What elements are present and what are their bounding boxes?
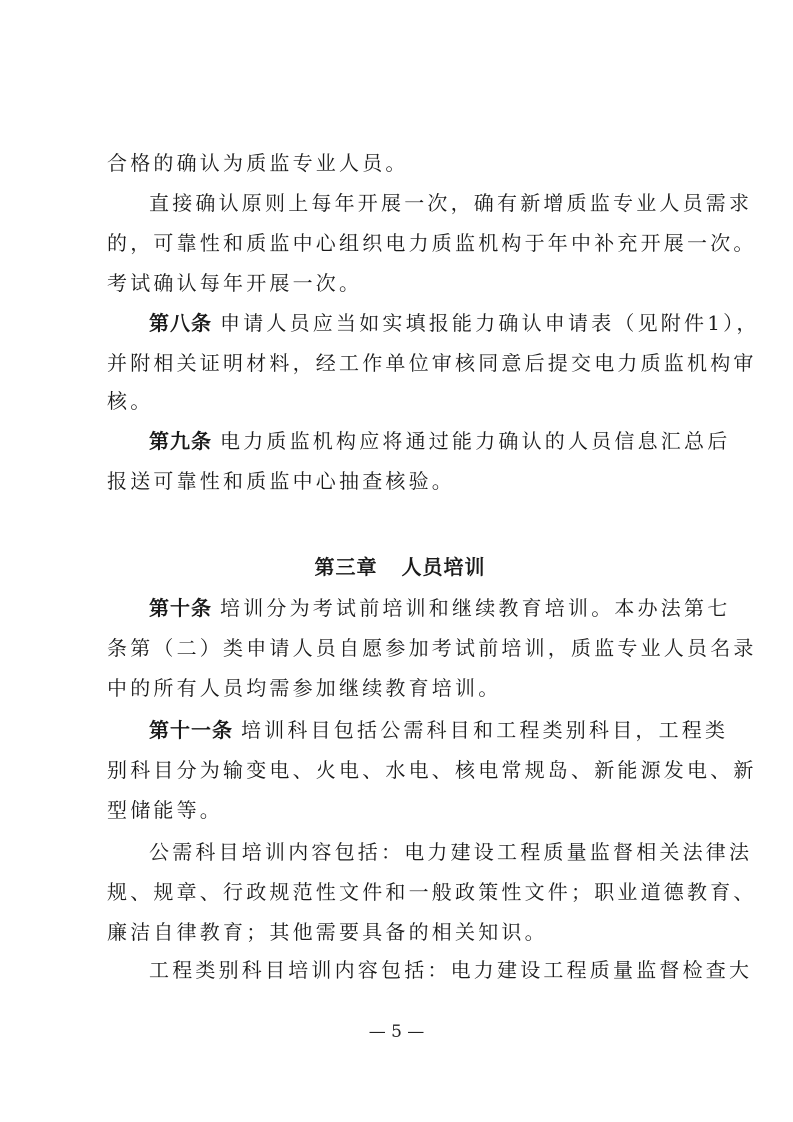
chapter-heading: 第三章人员培训: [107, 555, 693, 579]
text-line: 合格的确认为质监专业人员。: [107, 151, 693, 175]
text-line: 型储能等。: [107, 798, 693, 822]
text-line: 中的所有人员均需参加继续教育培训。: [107, 676, 693, 700]
text-line: 规、规章、行政规范性文件和一般政策性文件；职业道德教育、: [107, 880, 693, 904]
chapter-number: 第三章: [315, 555, 378, 579]
article-10-line: 第十条培训分为考试前培训和继续教育培训。本办法第七: [107, 596, 735, 620]
article-11-text: 培训科目包括公需科目和工程类别科目，工程类: [241, 718, 728, 742]
article-11-line: 第十一条培训科目包括公需科目和工程类别科目，工程类: [107, 718, 735, 742]
article-9-text: 电力质监机构应将通过能力确认的人员信息汇总后: [220, 429, 730, 453]
text-line: 公需科目培训内容包括：电力建设工程质量监督相关法律法: [107, 840, 735, 864]
text-line: 直接确认原则上每年开展一次，确有新增质监专业人员需求: [107, 191, 735, 215]
text-line: 考试确认每年开展一次。: [107, 271, 693, 295]
text-line: 廉洁自律教育；其他需要具备的相关知识。: [107, 920, 693, 944]
article-9-label: 第九条: [149, 429, 212, 453]
article-10-text: 培训分为考试前培训和继续教育培训。本办法第七: [220, 596, 730, 620]
article-8-line: 第八条申请人员应当如实填报能力确认申请表（见附件1），: [107, 311, 735, 335]
text-line: 别科目分为输变电、火电、水电、核电常规岛、新能源发电、新: [107, 758, 693, 782]
text-line: 的，可靠性和质监中心组织电力质监机构于年中补充开展一次。: [107, 231, 693, 255]
text-line: 工程类别科目培训内容包括：电力建设工程质量监督检查大: [107, 958, 735, 982]
chapter-title: 人员培训: [402, 555, 486, 579]
article-8-label: 第八条: [149, 311, 212, 335]
article-9-line: 第九条电力质监机构应将通过能力确认的人员信息汇总后: [107, 429, 735, 453]
article-11-label: 第十一条: [149, 718, 233, 742]
article-8-text: 申请人员应当如实填报能力确认申请表（见附件1），: [220, 311, 760, 335]
text-line: 并附相关证明材料，经工作单位审核同意后提交电力质监机构审: [107, 351, 693, 375]
text-line: 条第（二）类申请人员自愿参加考试前培训，质监专业人员名录: [107, 636, 693, 660]
page-number: — 5 —: [0, 1022, 793, 1042]
text-line: 核。: [107, 389, 693, 413]
text-line: 报送可靠性和质监中心抽查核验。: [107, 469, 693, 493]
article-10-label: 第十条: [149, 596, 212, 620]
